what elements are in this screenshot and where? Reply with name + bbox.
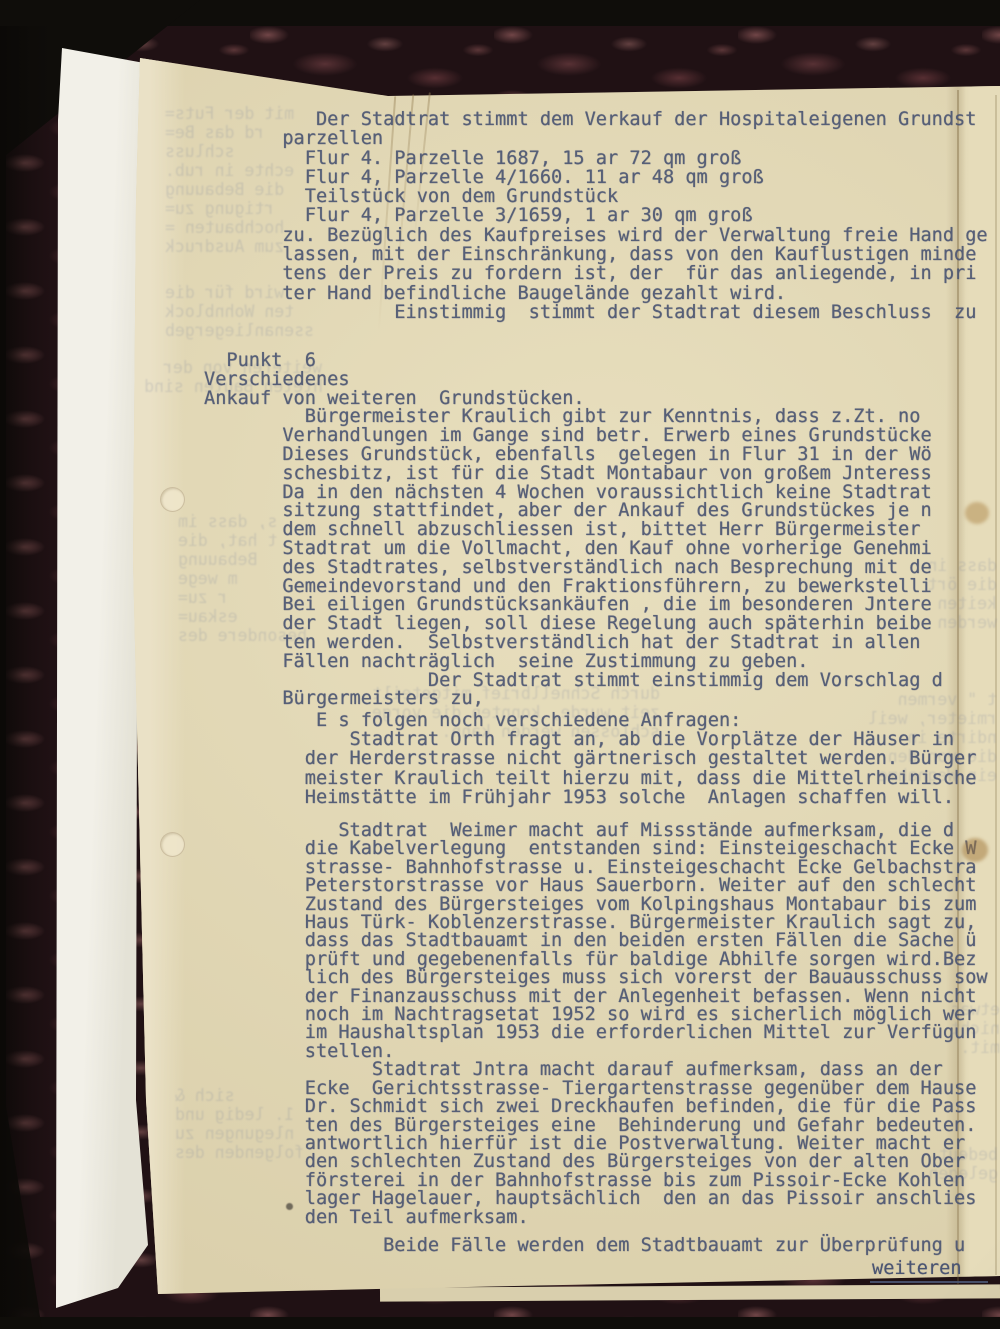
typewritten-line: den Teil aufmerksam.: [204, 1209, 988, 1227]
typewritten-line: meister Kraulich teilt hierzu mit, dass …: [204, 769, 976, 788]
typewritten-line: des Stadtrates, selbstverständlich nach …: [204, 559, 943, 578]
typewritten-line: E s folgen noch verschiedene Anfragen:: [204, 711, 976, 730]
punch-hole-top: [160, 487, 185, 512]
paragraph-block: Stadtrat Weimer macht auf Missstände auf…: [204, 822, 988, 1227]
typewritten-line: Stadtrat Jntra macht darauf aufmerksam, …: [204, 1061, 988, 1079]
typewritten-line: ter Hand befindliche Baugelände gezahlt …: [204, 284, 988, 303]
paragraph-block: Beide Fälle werden dem Stadtbauamt zur Ü…: [204, 1236, 965, 1255]
typewritten-line: Stadtrat Orth fragt an, ab die Vorplätze…: [204, 730, 976, 749]
typewritten-line: tens der Preis zu fordern ist, der für d…: [204, 264, 988, 283]
stain-right-middle: [962, 838, 988, 862]
typewritten-line: Flur 4. Parzelle 1687, 15 ar 72 qm groß: [204, 149, 988, 168]
typewritten-line: Bürgermeisters zu,: [204, 690, 943, 709]
typewritten-line: parzellen: [204, 129, 988, 148]
typewritten-line: Beide Fälle werden dem Stadtbauamt zur Ü…: [204, 1236, 965, 1255]
typewritten-line: Flur 4, Parzelle 3/1659, 1 ar 30 qm groß: [204, 206, 988, 225]
paragraph-block: Punkt 6VerschiedenesAnkauf von weiteren …: [204, 352, 943, 709]
typewritten-line: den schlechten Zustand des Bürgersteiges…: [204, 1153, 988, 1171]
paragraph-block: Einstimmig stimmt der Stadtrat diesem Be…: [204, 303, 976, 322]
ink-dot: [286, 1203, 293, 1210]
typewritten-line: Peterstorstrasse vor Haus Sauerborn. Wei…: [204, 877, 988, 895]
typewritten-line: lager Hagelauer, hauptsächlich den an da…: [204, 1190, 988, 1208]
typewritten-line: Stadtrat um die Vollmacht, den Kauf ohne…: [204, 540, 943, 559]
typewritten-line: Verschiedenes: [204, 371, 943, 390]
paragraph-block: E s folgen noch verschiedene Anfragen: S…: [204, 711, 976, 807]
typewritten-line: Einstimmig stimmt der Stadtrat diesem Be…: [204, 303, 976, 322]
typewritten-line: Heimstätte im Frühjahr 1953 solche Anlag…: [204, 788, 976, 807]
typewritten-line: Teilstück von dem Grundstück: [204, 187, 988, 206]
typewritten-line: Dieses Grundstück, ebenfalls gelegen in …: [204, 446, 943, 465]
typewritten-line: Dr. Schmidt sich zwei Dreckhaufen befind…: [204, 1098, 988, 1116]
typewritten-line: Punkt 6: [204, 352, 943, 371]
typewritten-text-layer: Der Stadtrat stimmt dem Verkauf der Hosp…: [0, 0, 1000, 1329]
paragraph-block: Der Stadtrat stimmt dem Verkauf der Hosp…: [204, 110, 988, 303]
typewritten-line: Fällen nachträglich seine Zustimmung zu …: [204, 653, 943, 672]
typewritten-line: Der Stadtrat stimmt dem Verkauf der Hosp…: [204, 110, 988, 129]
punch-hole-bottom: [160, 832, 185, 857]
catchword-text: weiteren: [872, 1258, 962, 1279]
stain-right-upper: [965, 502, 989, 524]
typewritten-line: lassen, mit der Einschränkung, dass von …: [204, 245, 988, 264]
typewritten-line: schesbitz, ist für die Stadt Montabaur v…: [204, 465, 943, 484]
typewritten-line: lich des Bürgersteiges muss sich vorerst…: [204, 969, 988, 987]
typewritten-line: Flur 4, Parzelle 4/1660. 11 ar 48 qm gro…: [204, 168, 988, 187]
typewritten-line: zu. Bezüglich des Kaufpreises wird der V…: [204, 226, 988, 245]
typewritten-line: der Herderstrasse nicht gärtnerisch gest…: [204, 749, 976, 768]
typewritten-line: ten werden. Selbstverständlich hat der S…: [204, 634, 943, 653]
catchword-weiteren: weiteren: [870, 1258, 988, 1283]
